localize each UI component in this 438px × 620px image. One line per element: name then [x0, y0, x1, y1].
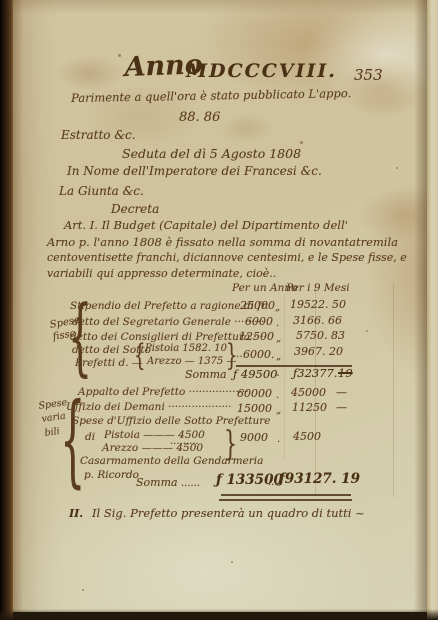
page-bottom-edge	[0, 609, 438, 620]
row-stipendio-prefetto-sep: „	[275, 302, 280, 314]
ink-speck	[300, 141, 303, 144]
book-binding-gutter	[0, 0, 13, 620]
grand-total-rule-top	[221, 494, 351, 496]
sotto-prefetti-nine: 3967. 20	[294, 346, 343, 359]
intro-seduta: Seduta del dì 5 Agosto 1808	[122, 147, 301, 161]
row-consiglieri-nine: 5750. 83	[296, 330, 345, 343]
row-consiglieri-sep: „	[276, 333, 281, 345]
fixed-total-nine: ƒ32377.	[293, 367, 338, 380]
row-appalto-nine: 45000	[291, 387, 326, 400]
sotto-prefetti-arezzo: Arezzo — 1375 —	[147, 356, 236, 368]
row-demani-year: 15000	[237, 403, 272, 416]
article1-line3: centoventisette franchi, diciannove cent…	[47, 252, 407, 265]
row-appalto-label: Appalto del Prefetto ··················	[78, 386, 249, 398]
row-consiglieri-year: 12500	[239, 331, 274, 344]
row-stipendio-prefetto-year: 25000	[240, 300, 275, 313]
row-stipendio-prefetto-nine: 19522. 50	[290, 299, 346, 312]
grand-total-mid-dots: ···	[268, 480, 278, 492]
ink-speck	[366, 330, 368, 332]
row-segretario-nine: 3166. 66	[293, 315, 342, 328]
fixed-total-dash: -	[276, 370, 279, 382]
row-demani-label: Uffizio dei Demani ···················	[66, 401, 232, 413]
sotto-prefetture-year: 9000	[240, 432, 268, 445]
fixed-total-nine-struck: 19	[338, 367, 353, 380]
intro-giunta: La Giunta &c.	[59, 185, 144, 199]
row-appalto-dash: —	[336, 387, 347, 400]
sotto-prefetture-sep: .	[277, 434, 280, 446]
row-demani-dash: —	[336, 402, 347, 415]
intro-estratto: Estratto &c.	[61, 129, 136, 143]
sotto-prefetture-arezzo: Arezzo ——— 4500	[102, 442, 203, 454]
column-header-nine-months: Per i 9 Mesi	[286, 282, 350, 294]
row-demani-nine: 11250	[292, 402, 327, 415]
row-sotto-prefetture-label: Spese d'Uffizio delle Sotto Prefetture	[72, 415, 271, 427]
row-segretario-label: detto del Segretario Generale ·········	[72, 316, 264, 328]
row-segretario-year: 6000	[245, 316, 273, 329]
sotto-prefetture-di: di	[85, 431, 95, 443]
manuscript-photo: Anno MDCCCVIII. 353 Parimente a quell'or…	[0, 0, 438, 620]
row-demani-sep: „	[276, 405, 281, 417]
article2-text: Il Sig. Prefetto presenterà un quadro di…	[92, 507, 365, 520]
grand-total-label: Somma	[136, 477, 178, 490]
margin-label-bili: bili	[44, 427, 61, 440]
ink-speck	[118, 54, 121, 57]
grand-total-nine: ƒ93127. 19	[279, 472, 360, 488]
sotto-prefetti-sep: „	[276, 351, 281, 363]
year-title-roman: MDCCCVIII.	[186, 61, 337, 83]
fixed-total-label: Somma	[185, 369, 227, 382]
sotto-prefetti-year: 6000.	[243, 349, 275, 362]
row-sotto-prefetti-label-bottom: Prefetti d. —	[75, 357, 142, 369]
table-column-rule	[393, 283, 394, 497]
ink-speck	[82, 589, 84, 591]
intro-in-nome: In Nome dell'Imperatore dei Francesi &c.	[67, 165, 322, 179]
next-page-edge	[427, 0, 438, 620]
sotto-prefetture-nine: 4500	[293, 431, 321, 444]
article1-line1: Art. I. Il Budget (Capitale) del Diparti…	[64, 219, 348, 232]
intro-decreta: Decreta	[111, 203, 159, 217]
row-stipendio-prefetto-label: Stipendio del Prefetto a ragione di fr.	[70, 300, 268, 312]
article1-line4: variabili qui appresso determinate, cioè…	[47, 268, 276, 281]
sotto-prefetti-leader: ‥	[236, 349, 243, 361]
ink-speck	[231, 561, 233, 563]
row-appalto-year: 60000	[237, 388, 272, 401]
article1-line2: Arno p. l'anno 1808 è fissato nella somm…	[47, 236, 398, 249]
grand-total-rule-bottom	[219, 499, 352, 501]
table-column-rule	[284, 294, 285, 460]
row-gendarmeria-line1: Casarmamento della Gendarmeria	[80, 455, 263, 467]
ink-speck	[396, 167, 398, 169]
article2-number: II.	[69, 508, 83, 521]
row-appalto-sep: .	[276, 390, 279, 402]
grand-total-leader: ······	[181, 481, 200, 493]
fixed-total-year: ƒ 49500	[233, 368, 278, 381]
intro-numbers: 88. 86	[179, 111, 220, 126]
row-gendarmeria-line2: p. Ricordo	[84, 469, 139, 481]
page-number: 353	[354, 67, 383, 84]
row-segretario-sep: .	[276, 318, 279, 330]
sotto-prefetti-pistoia: Pistoia 1582. 10	[145, 343, 227, 355]
page-curve-shadow	[414, 0, 427, 612]
